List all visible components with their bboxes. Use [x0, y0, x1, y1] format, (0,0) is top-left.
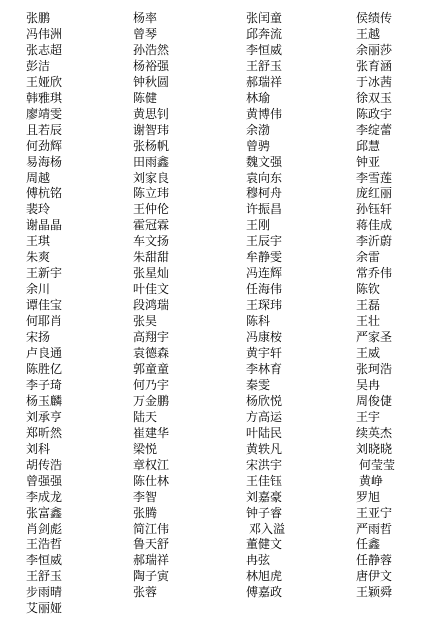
name-cell: 余渤	[246, 123, 356, 139]
name-list: 张鹏杨率张闰童侯绩传冯伟洲曾琴邱奔流王越张志超孙浩然李恒威余丽莎彭洁杨裕强王舒玉…	[26, 11, 439, 617]
name-cell: 韩雅琪	[26, 91, 133, 107]
name-cell: 李智	[133, 490, 246, 506]
name-cell: 刘嘉豪	[246, 490, 356, 506]
name-cell: 王宇	[356, 410, 439, 426]
name-cell: 方高运	[246, 410, 356, 426]
document-page: 张鹏杨率张闰童侯绩传冯伟洲曾琴邱奔流王越张志超孙浩然李恒威余丽莎彭洁杨裕强王舒玉…	[0, 0, 439, 625]
name-cell: 周越	[26, 171, 133, 187]
name-cell: 张蓉	[133, 585, 246, 601]
name-cell: 张闰童	[246, 11, 356, 27]
name-cell: 裴玲	[26, 202, 133, 218]
name-cell	[246, 601, 356, 617]
name-cell: 李绽蕾	[356, 123, 439, 139]
name-cell: 易海杨	[26, 155, 133, 171]
name-cell: 张志超	[26, 43, 133, 59]
name-cell: 宋洪宇	[246, 458, 356, 474]
name-cell: 黄思钊	[133, 107, 246, 123]
name-cell: 郝瑞祥	[133, 553, 246, 569]
name-cell: 王辰宇	[246, 234, 356, 250]
name-cell: 陶子寅	[133, 569, 246, 585]
name-cell: 罗旭	[356, 490, 439, 506]
name-cell: 谢智玮	[133, 123, 246, 139]
name-cell: 朱爽	[26, 250, 133, 266]
name-cell: 冉弦	[246, 553, 356, 569]
name-cell: 王佳钰	[246, 474, 356, 490]
name-cell: 简江伟	[133, 522, 246, 538]
name-cell: 陈仕林	[133, 474, 246, 490]
name-cell: 万金鹏	[133, 394, 246, 410]
name-cell: 彭洁	[26, 59, 133, 75]
name-cell: 何莹莹	[356, 458, 439, 474]
name-cell: 魏文强	[246, 155, 356, 171]
name-cell: 任海伟	[246, 282, 356, 298]
name-cell: 肖剑彪	[26, 522, 133, 538]
name-cell: 章权江	[133, 458, 246, 474]
name-cell: 何耶肖	[26, 314, 133, 330]
name-cell: 王磊	[356, 298, 439, 314]
name-cell: 黄轶凡	[246, 442, 356, 458]
name-cell: 高翔宇	[133, 330, 246, 346]
name-cell: 张昊	[133, 314, 246, 330]
name-cell: 陈政宇	[356, 107, 439, 123]
name-cell: 步雨晴	[26, 585, 133, 601]
name-cell: 严家圣	[356, 330, 439, 346]
name-cell: 孙钰轩	[356, 202, 439, 218]
name-cell: 张富鑫	[26, 506, 133, 522]
name-cell: 续英杰	[356, 426, 439, 442]
name-cell: 董健文	[246, 537, 356, 553]
name-cell: 蒋佳成	[356, 218, 439, 234]
name-cell: 王舒玉	[246, 59, 356, 75]
name-cell: 李雪莲	[356, 171, 439, 187]
name-cell: 王浩哲	[26, 537, 133, 553]
name-cell: 严雨哲	[356, 522, 439, 538]
name-cell: 王颖舜	[356, 585, 439, 601]
name-cell: 刘家良	[133, 171, 246, 187]
name-cell: 邱慧	[356, 139, 439, 155]
name-cell: 谭佳宝	[26, 298, 133, 314]
name-cell: 唐伊文	[356, 569, 439, 585]
name-cell: 李沂蔚	[356, 234, 439, 250]
name-cell: 且若辰	[26, 123, 133, 139]
name-cell: 霍冠霖	[133, 218, 246, 234]
name-cell: 钟亚	[356, 155, 439, 171]
name-cell: 王亚宁	[356, 506, 439, 522]
name-cell: 王越	[356, 27, 439, 43]
name-cell: 孙浩然	[133, 43, 246, 59]
name-cell: 曾强强	[26, 474, 133, 490]
name-cell: 余川	[26, 282, 133, 298]
name-cell: 李恒威	[26, 553, 133, 569]
name-cell: 陈胜亿	[26, 362, 133, 378]
name-cell: 张杨帆	[133, 139, 246, 155]
name-cell: 杨裕强	[133, 59, 246, 75]
name-cell: 杨欣悦	[246, 394, 356, 410]
name-cell: 李子琦	[26, 378, 133, 394]
name-cell: 王琪	[26, 234, 133, 250]
name-cell: 袁向东	[246, 171, 356, 187]
name-cell: 陈钦	[356, 282, 439, 298]
name-cell: 杨玉麟	[26, 394, 133, 410]
name-cell: 刘科	[26, 442, 133, 458]
name-cell: 段鸿瑞	[133, 298, 246, 314]
name-cell: 卢良通	[26, 346, 133, 362]
name-cell: 张星灿	[133, 266, 246, 282]
name-cell: 冯康桉	[246, 330, 356, 346]
name-cell: 王仲伦	[133, 202, 246, 218]
name-cell: 钟子睿	[246, 506, 356, 522]
name-cell: 宋扬	[26, 330, 133, 346]
name-cell	[356, 601, 439, 617]
name-cell: 王娅欣	[26, 75, 133, 91]
name-cell: 张育涵	[356, 59, 439, 75]
name-cell: 杨率	[133, 11, 246, 27]
name-cell: 袁德森	[133, 346, 246, 362]
name-cell: 林旭虎	[246, 569, 356, 585]
name-cell: 王琛玮	[246, 298, 356, 314]
name-cell: 张珂浩	[356, 362, 439, 378]
name-cell: 王新宇	[26, 266, 133, 282]
name-cell: 王威	[356, 346, 439, 362]
name-cell: 于冰茜	[356, 75, 439, 91]
name-cell: 朱甜甜	[133, 250, 246, 266]
name-cell: 车文扬	[133, 234, 246, 250]
name-cell: 李恒威	[246, 43, 356, 59]
name-cell: 王壮	[356, 314, 439, 330]
name-cell: 黄博伟	[246, 107, 356, 123]
name-cell: 刘晓晓	[356, 442, 439, 458]
name-cell: 廖靖雯	[26, 107, 133, 123]
name-cell: 余丽莎	[356, 43, 439, 59]
name-cell: 郝瑞祥	[246, 75, 356, 91]
name-cell: 余雷	[356, 250, 439, 266]
name-cell: 黄宇轩	[246, 346, 356, 362]
name-cell: 冯连辉	[246, 266, 356, 282]
name-cell: 吴冉	[356, 378, 439, 394]
name-cell: 冯伟洲	[26, 27, 133, 43]
name-cell: 刘承亨	[26, 410, 133, 426]
name-cell: 崔建华	[133, 426, 246, 442]
name-cell: 胡传浩	[26, 458, 133, 474]
name-cell: 李成龙	[26, 490, 133, 506]
name-cell: 许振昌	[246, 202, 356, 218]
name-cell: 叶佳文	[133, 282, 246, 298]
name-cell: 何乃宇	[133, 378, 246, 394]
name-cell: 邱奔流	[246, 27, 356, 43]
name-cell: 谢晶晶	[26, 218, 133, 234]
name-cell: 庞红丽	[356, 186, 439, 202]
name-cell: 陆天	[133, 410, 246, 426]
name-cell: 曾琴	[133, 27, 246, 43]
name-cell: 何劲辉	[26, 139, 133, 155]
name-cell: 李林育	[246, 362, 356, 378]
name-cell: 郑昕然	[26, 426, 133, 442]
name-cell: 王舒玉	[26, 569, 133, 585]
name-cell: 叶陆民	[246, 426, 356, 442]
name-cell: 田雨鑫	[133, 155, 246, 171]
name-cell	[133, 601, 246, 617]
name-cell: 张鹏	[26, 11, 133, 27]
name-cell: 曾骋	[246, 139, 356, 155]
name-cell: 穆柯舟	[246, 186, 356, 202]
name-cell: 牟静雯	[246, 250, 356, 266]
name-cell: 鲁天舒	[133, 537, 246, 553]
name-cell: 邓入溢	[246, 522, 356, 538]
name-cell: 郭童童	[133, 362, 246, 378]
name-cell: 任静蓉	[356, 553, 439, 569]
name-cell: 常乔伟	[356, 266, 439, 282]
name-cell: 秦雯	[246, 378, 356, 394]
name-cell: 傅杭铭	[26, 186, 133, 202]
name-cell: 周俊倢	[356, 394, 439, 410]
name-cell: 陈科	[246, 314, 356, 330]
name-cell: 张腾	[133, 506, 246, 522]
name-cell: 任鑫	[356, 537, 439, 553]
name-cell: 王刚	[246, 218, 356, 234]
name-cell: 徐双玉	[356, 91, 439, 107]
name-cell: 梁悦	[133, 442, 246, 458]
name-cell: 黄峥	[356, 474, 439, 490]
name-cell: 艾丽娅	[26, 601, 133, 617]
name-cell: 林瑜	[246, 91, 356, 107]
name-cell: 陈立玮	[133, 186, 246, 202]
name-cell: 钟秋圆	[133, 75, 246, 91]
name-cell: 傅嘉政	[246, 585, 356, 601]
name-cell: 陈健	[133, 91, 246, 107]
name-cell: 侯绩传	[356, 11, 439, 27]
